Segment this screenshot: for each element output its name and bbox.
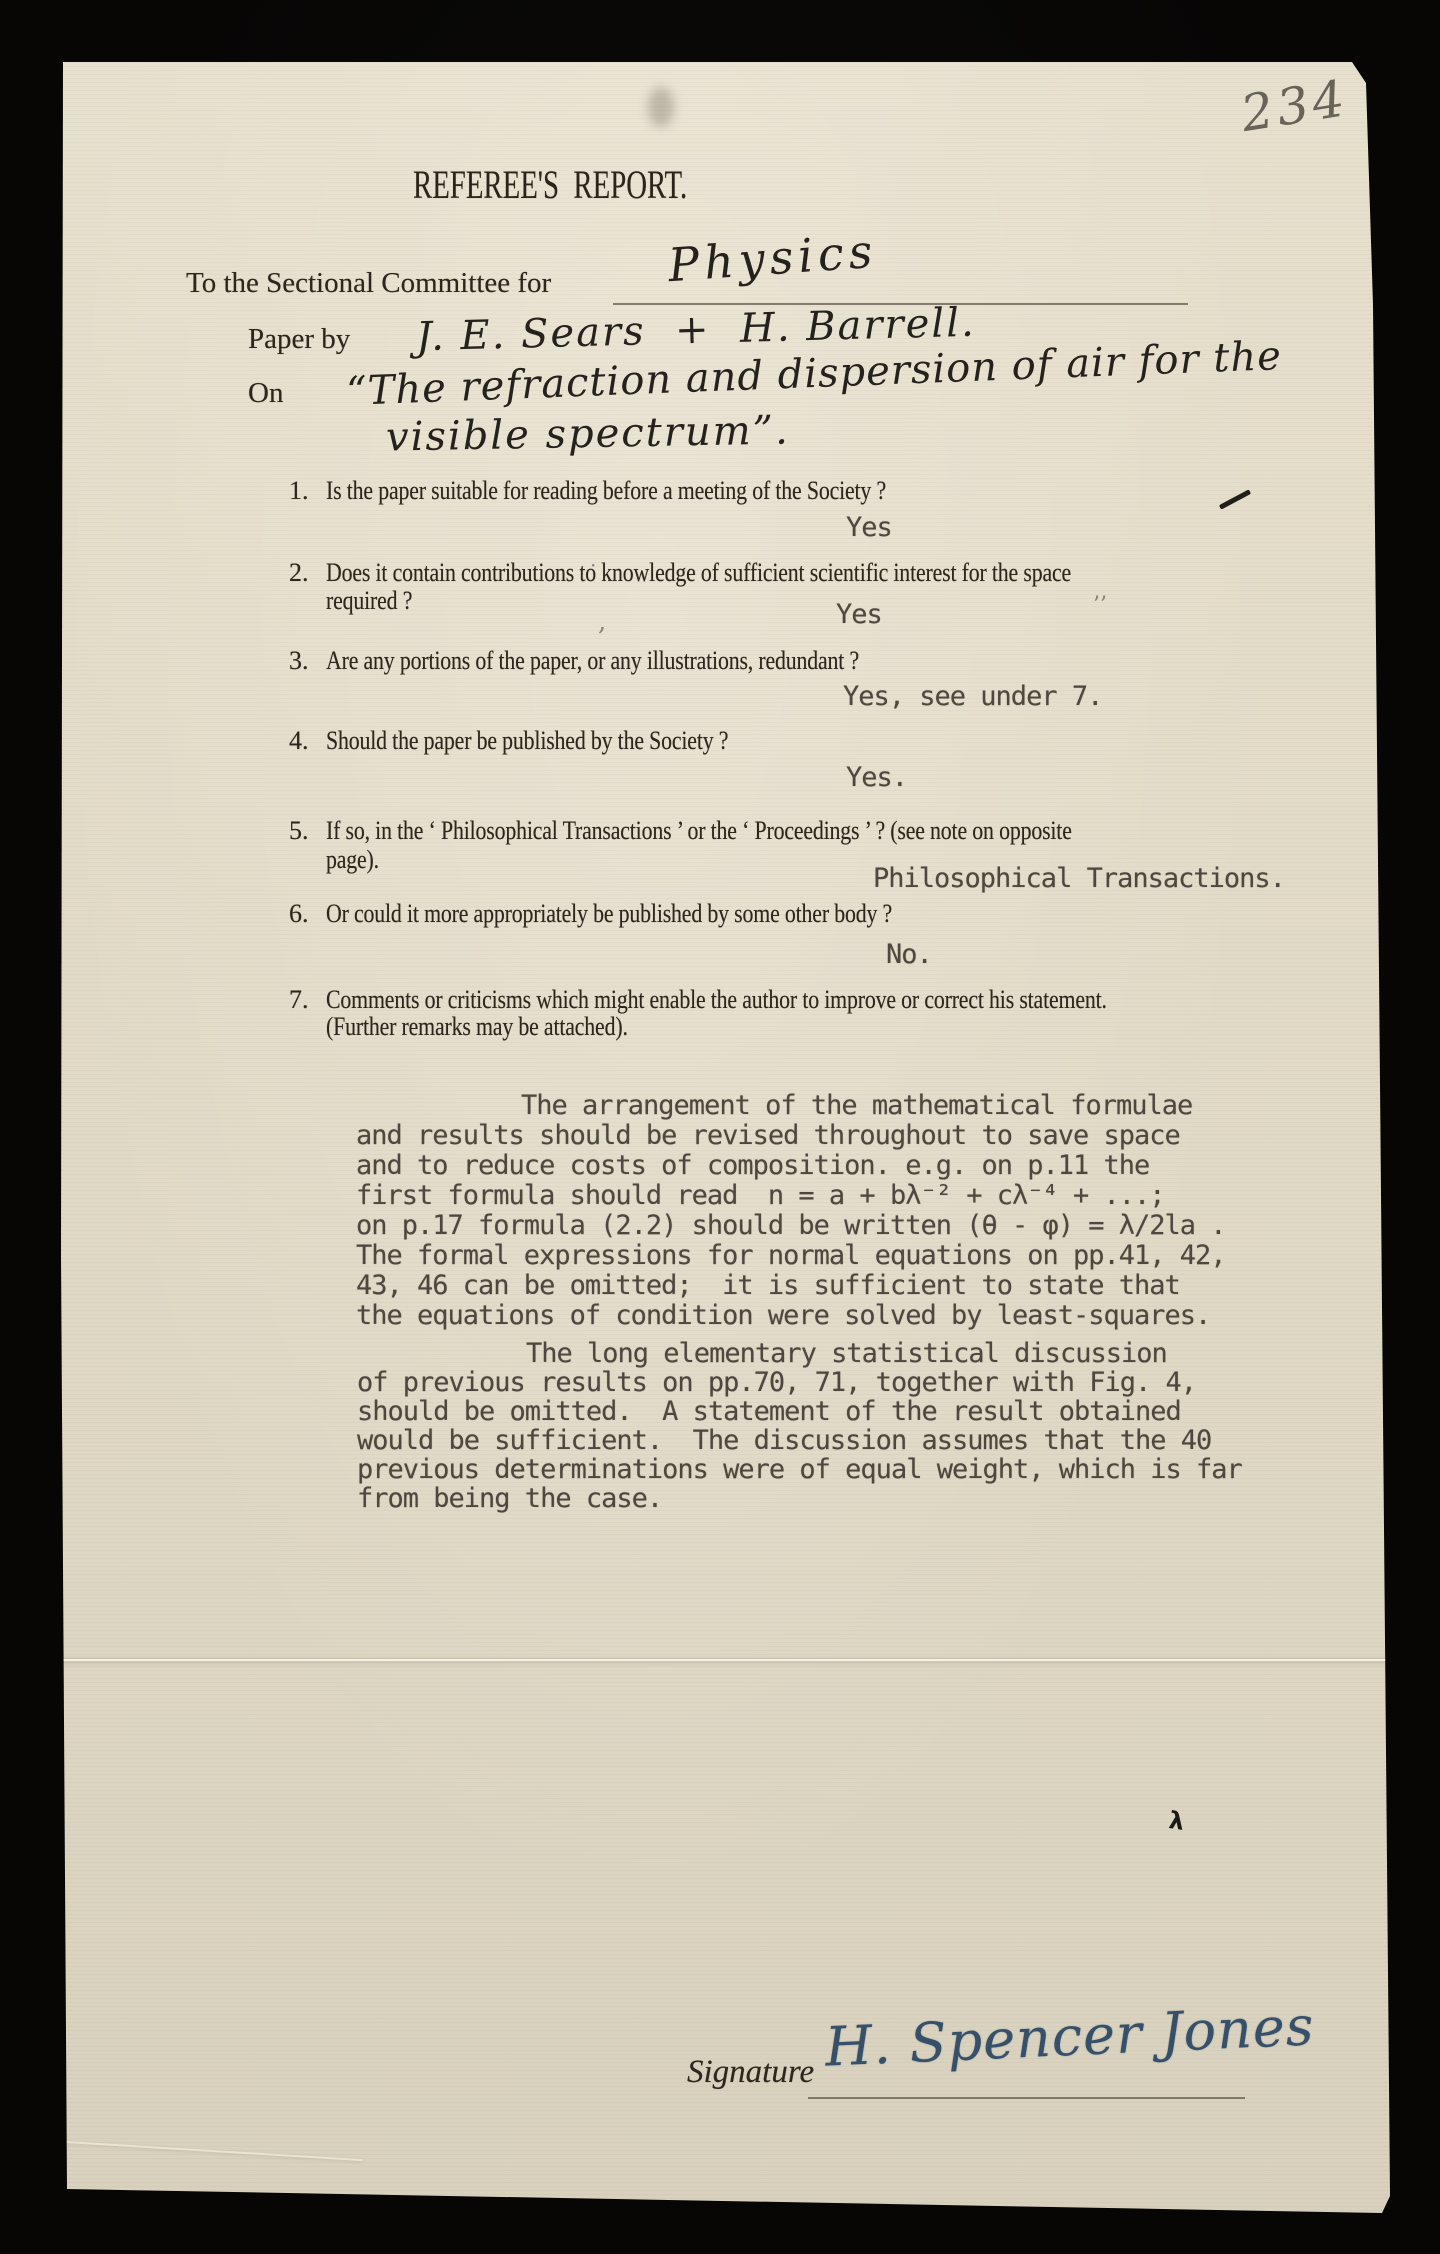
committee-value-handwritten: Physics bbox=[666, 224, 879, 292]
comments-p1-line7: 43, 46 can be omitted; it is sufficient … bbox=[356, 1270, 1180, 1301]
question-1-number: 1. bbox=[289, 476, 309, 506]
stray-pen-dash bbox=[1219, 489, 1251, 509]
question-6-text: Or could it more appropriately be publis… bbox=[326, 899, 892, 929]
scanned-referee-report: 234 REFEREE'S REPORT. To the Sectional C… bbox=[0, 0, 1440, 2254]
subject-line2-handwritten: visible spectrum”. bbox=[386, 407, 791, 460]
comments-p2-line1: The long elementary statistical discussi… bbox=[526, 1338, 1167, 1369]
stray-pencil-comma: , bbox=[598, 607, 606, 637]
committee-label: To the Sectional Committee for bbox=[186, 267, 551, 300]
answer-6-typed: No. bbox=[886, 939, 932, 970]
comments-p2-line2: of previous results on pp.70, 71, togeth… bbox=[357, 1367, 1196, 1398]
ink-blot-mark: λ bbox=[1167, 1806, 1186, 1836]
signature-value-handwritten: H. Spencer Jones bbox=[824, 1994, 1316, 2078]
comments-p2-line3: should be omitted. A statement of the re… bbox=[357, 1396, 1181, 1427]
comments-p1-line3: and to reduce costs of composition. e.g.… bbox=[356, 1150, 1149, 1181]
comments-p1-line8: the equations of condition were solved b… bbox=[356, 1300, 1210, 1331]
paper-sheet: 234 REFEREE'S REPORT. To the Sectional C… bbox=[53, 55, 1398, 2215]
paper-by-label: Paper by bbox=[248, 323, 350, 356]
signature-underline bbox=[808, 2097, 1245, 2099]
question-4-number: 4. bbox=[289, 726, 309, 756]
comments-p2-line4: would be sufficient. The discussion assu… bbox=[357, 1425, 1211, 1456]
signature-label: Signature bbox=[687, 2054, 814, 2091]
question-6-number: 6. bbox=[289, 899, 309, 929]
page-title: REFEREE'S REPORT. bbox=[413, 161, 687, 208]
question-7-text-line1: Comments or criticisms which might enabl… bbox=[326, 985, 1107, 1015]
comments-p1-line2: and results should be revised throughout… bbox=[356, 1120, 1180, 1151]
question-5-text-line1: If so, in the ‘ Philosophical Transactio… bbox=[326, 816, 1072, 846]
ink-smudge bbox=[648, 87, 674, 127]
comments-p1-line6: The formal expressions for normal equati… bbox=[356, 1240, 1226, 1271]
comments-p2-line6: from being the case. bbox=[357, 1483, 662, 1514]
folio-number-pencil: 234 bbox=[1237, 69, 1352, 143]
question-5-text-line2: page). bbox=[326, 845, 379, 875]
answer-2-typed: Yes bbox=[836, 599, 882, 630]
fold-crease bbox=[53, 1659, 1398, 1661]
question-3-text: Are any portions of the paper, or any il… bbox=[326, 646, 859, 676]
question-3-number: 3. bbox=[289, 646, 309, 676]
subject-label: On bbox=[248, 377, 283, 410]
comments-p1-line4: first formula should read n = a + bλ⁻² +… bbox=[356, 1180, 1165, 1211]
question-2-number: 2. bbox=[289, 558, 309, 588]
answer-4-typed: Yes. bbox=[846, 762, 907, 793]
question-7-number: 7. bbox=[289, 985, 309, 1015]
question-1-text: Is the paper suitable for reading before… bbox=[326, 476, 886, 506]
answer-5-typed: Philosophical Transactions. bbox=[873, 863, 1285, 894]
stray-pencil-tick: ’’ bbox=[1093, 593, 1107, 618]
comments-p1-line5: on p.17 formula (2.2) should be written … bbox=[356, 1210, 1226, 1241]
question-7-text-line2: (Further remarks may be attached). bbox=[326, 1012, 628, 1042]
answer-1-typed: Yes bbox=[846, 512, 892, 543]
comments-p2-line5: previous determinations were of equal we… bbox=[357, 1454, 1242, 1485]
answer-3-typed: Yes, see under 7. bbox=[843, 681, 1102, 712]
comments-p1-line1: The arrangement of the mathematical form… bbox=[521, 1090, 1192, 1121]
corner-crease bbox=[63, 2141, 363, 2161]
question-4-text: Should the paper be published by the Soc… bbox=[326, 726, 728, 756]
question-5-number: 5. bbox=[289, 816, 309, 846]
question-2-text-line1: Does it contain contributions to knowled… bbox=[326, 558, 1071, 588]
question-2-text-line2: required ? bbox=[326, 586, 412, 616]
